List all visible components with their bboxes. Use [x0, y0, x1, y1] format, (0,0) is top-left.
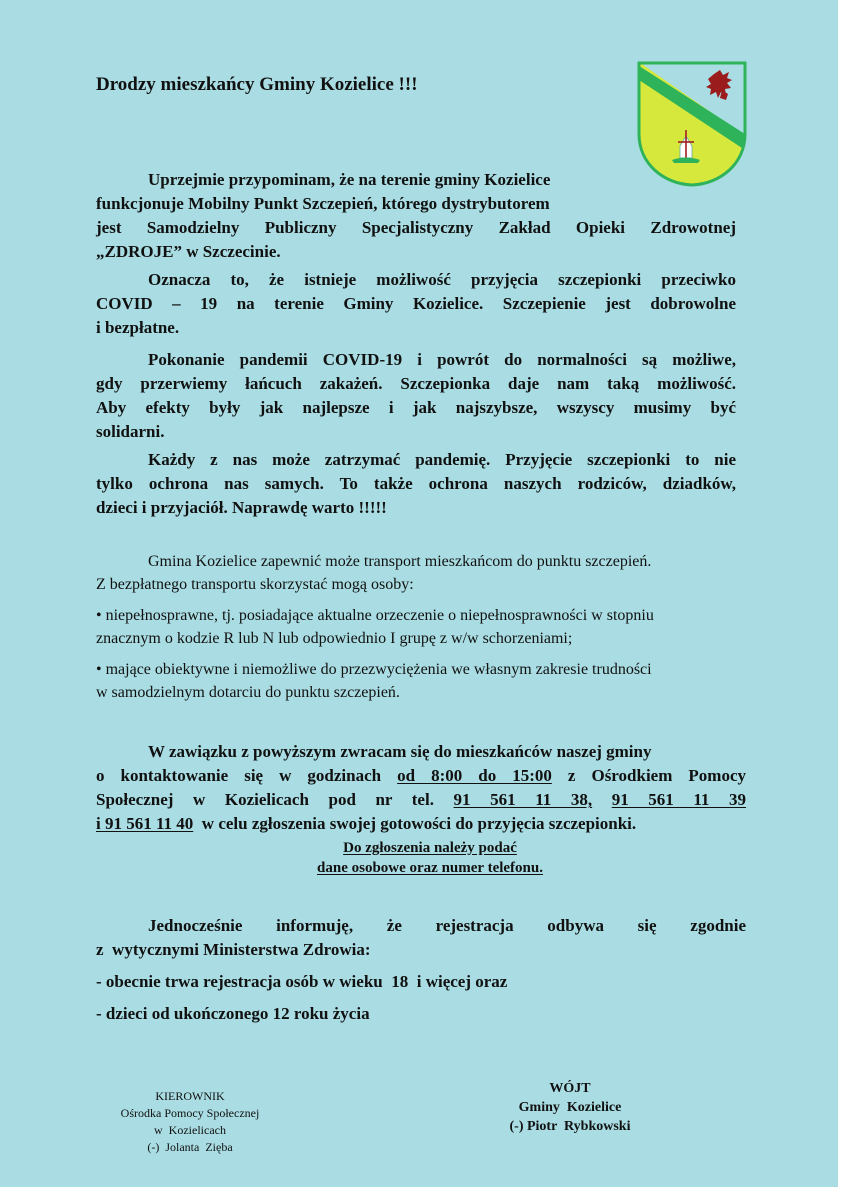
phone-number: i 91 561 11 40: [96, 814, 193, 833]
transport-section: Gmina Kozielice zapewnić może transport …: [96, 550, 746, 704]
signature-mayor: WÓJT Gminy Kozielice (-) Piotr Rybkowski: [480, 1079, 660, 1136]
paragraph-pandemic: Pokonanie pandemii COVID-19 i powrót do …: [96, 348, 736, 444]
phone-number: 91 561 11 39: [612, 790, 746, 809]
letter-title: Drodzy mieszkańcy Gminy Kozielice !!!: [96, 74, 418, 96]
office-hours: od 8:00 do 15:00: [397, 766, 552, 785]
registration-item: - dzieci od ukończonego 12 roku życia: [96, 1002, 746, 1026]
notice: Do zgłoszenia należy podać dane osobowe …: [200, 838, 660, 878]
transport-bullet: • mające obiektywne i niemożliwe do prze…: [96, 658, 746, 704]
letter-page: Drodzy mieszkańcy Gminy Kozielice !!! Up…: [0, 0, 838, 1187]
paragraph-vaccination-possibility: Oznacza to, że istnieje możliwość przyję…: [96, 268, 736, 340]
paragraph-solidarity: Każdy z nas może zatrzymać pandemię. Prz…: [96, 448, 736, 520]
phone-number: 91 561 11 38,: [454, 790, 593, 809]
registration-paragraph: Jednocześnie informuję, że rejestracja o…: [96, 914, 746, 1026]
registration-item: - obecnie trwa rejestracja osób w wieku …: [96, 970, 746, 994]
paragraph-mobile-vaccination-point: Uprzejmie przypominam, że na terenie gmi…: [96, 168, 736, 264]
signature-social-welfare-head: KIEROWNIK Ośrodka Pomocy Społecznej w Ko…: [100, 1088, 280, 1156]
transport-bullet: • niepełnosprawne, tj. posiadające aktua…: [96, 604, 746, 650]
contact-paragraph: W zawiązku z powyższym zwracam się do mi…: [96, 740, 746, 836]
